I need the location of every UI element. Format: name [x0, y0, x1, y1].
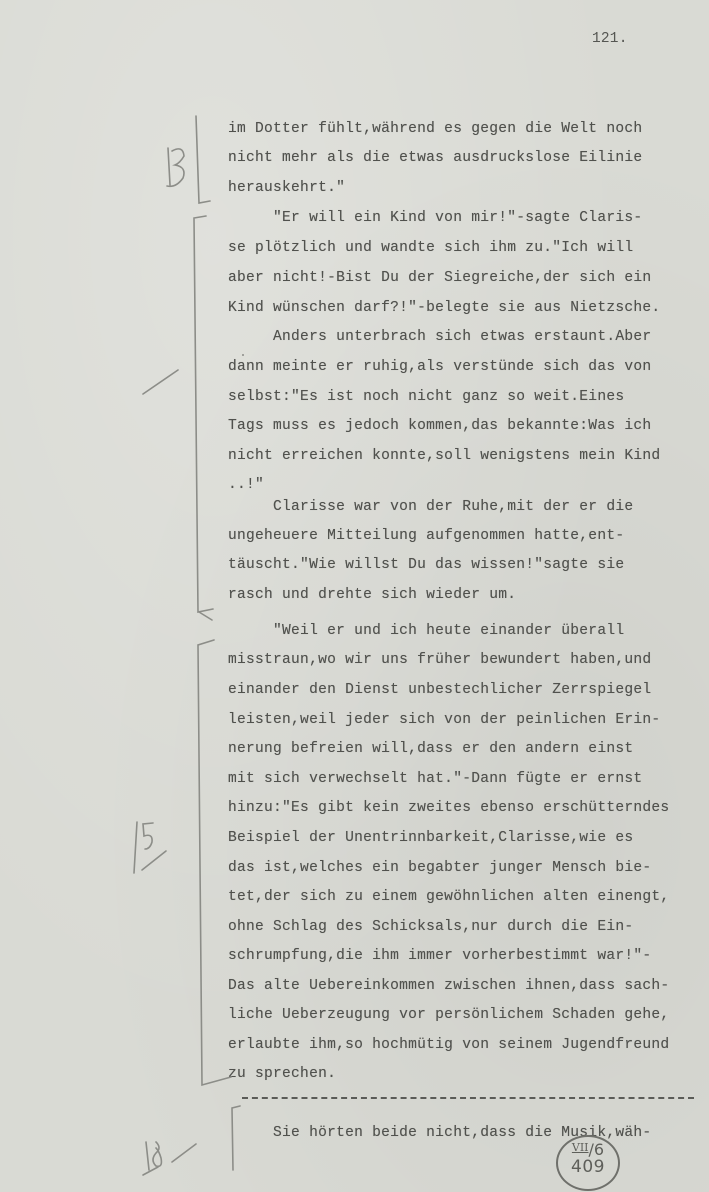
text-line: rasch und drehte sich wieder um.	[228, 587, 516, 603]
text-line: Clarisse war von der Ruhe,mit der er die	[228, 499, 633, 515]
text-line: ..!"	[228, 477, 264, 493]
text-line: "Er will ein Kind von mir!"-sagte Claris…	[228, 210, 642, 226]
section-divider	[242, 1097, 694, 1099]
text-line: Beispiel der Unentrinnbarkeit,Clarisse,w…	[228, 830, 633, 846]
text-line: liche Ueberzeugung vor persönlichem Scha…	[228, 1007, 669, 1023]
text-line: täuscht."Wie willst Du das wissen!"sagte…	[228, 557, 624, 573]
text-line: im Dotter fühlt,während es gegen die Wel…	[228, 121, 642, 137]
text-line: nicht erreichen konnte,soll wenigstens m…	[228, 448, 660, 464]
text-line: das ist,welches ein begabter junger Mens…	[228, 860, 651, 876]
text-line: Das alte Uebereinkommen zwischen ihnen,d…	[228, 978, 669, 994]
archive-stamp: VII/6 409	[556, 1135, 620, 1191]
text-line: nicht mehr als die etwas ausdruckslose E…	[228, 150, 642, 166]
margin-note-13: 13	[160, 150, 161, 151]
text-line: ungeheuere Mitteilung aufgenommen hatte,…	[228, 528, 624, 544]
text-line: einander den Dienst unbestechlicher Zerr…	[228, 682, 651, 698]
text-line: dann meinte er ruhig,als verstünde sich …	[228, 359, 651, 375]
text-line: Tags muss es jedoch kommen,das bekannte:…	[228, 418, 651, 434]
text-line: aber nicht!-Bist Du der Siegreiche,der s…	[228, 270, 651, 286]
manuscript-page: 121. im Dotter fühlt,während es gegen di…	[0, 0, 709, 1192]
text-line: Kind wünschen darf?!"-belegte sie aus Ni…	[228, 300, 660, 316]
text-line: misstraun,wo wir uns früher bewundert ha…	[228, 652, 651, 668]
margin-note-15: 15	[134, 822, 135, 823]
text-line: se plötzlich und wandte sich ihm zu."Ich…	[228, 240, 633, 256]
stamp-sheet-ref: VII/6	[558, 1142, 618, 1158]
margin-note-18: 18	[146, 1142, 147, 1143]
text-line: mit sich verwechselt hat."-Dann fügte er…	[228, 771, 642, 787]
text-line: schrumpfung,die ihm immer vorherbestimmt…	[228, 948, 651, 964]
text-line: ohne Schlag des Schicksals,nur durch die…	[228, 919, 633, 935]
text-line: hinzu:"Es gibt kein zweites ebenso ersch…	[228, 800, 669, 816]
text-line: Anders unterbrach sich etwas erstaunt.Ab…	[228, 329, 651, 345]
text-line: zu sprechen.	[228, 1066, 336, 1082]
stamp-folio: 409	[558, 1159, 618, 1176]
text-line: "Weil er und ich heute einander überall	[228, 623, 624, 639]
stamp-roman: VII	[572, 1141, 589, 1154]
text-line: selbst:"Es ist noch nicht ganz so weit.E…	[228, 389, 624, 405]
text-line: leisten,weil jeder sich von der peinlich…	[228, 712, 660, 728]
text-line: nerung befreien will,dass er den andern …	[228, 741, 633, 757]
text-line: herauskehrt."	[228, 180, 345, 196]
page-number: 121.	[592, 31, 628, 47]
text-line: erlaubte ihm,so hochmütig von seinem Jug…	[228, 1037, 669, 1053]
text-line: tet,der sich zu einem gewöhnlichen alten…	[228, 889, 669, 905]
